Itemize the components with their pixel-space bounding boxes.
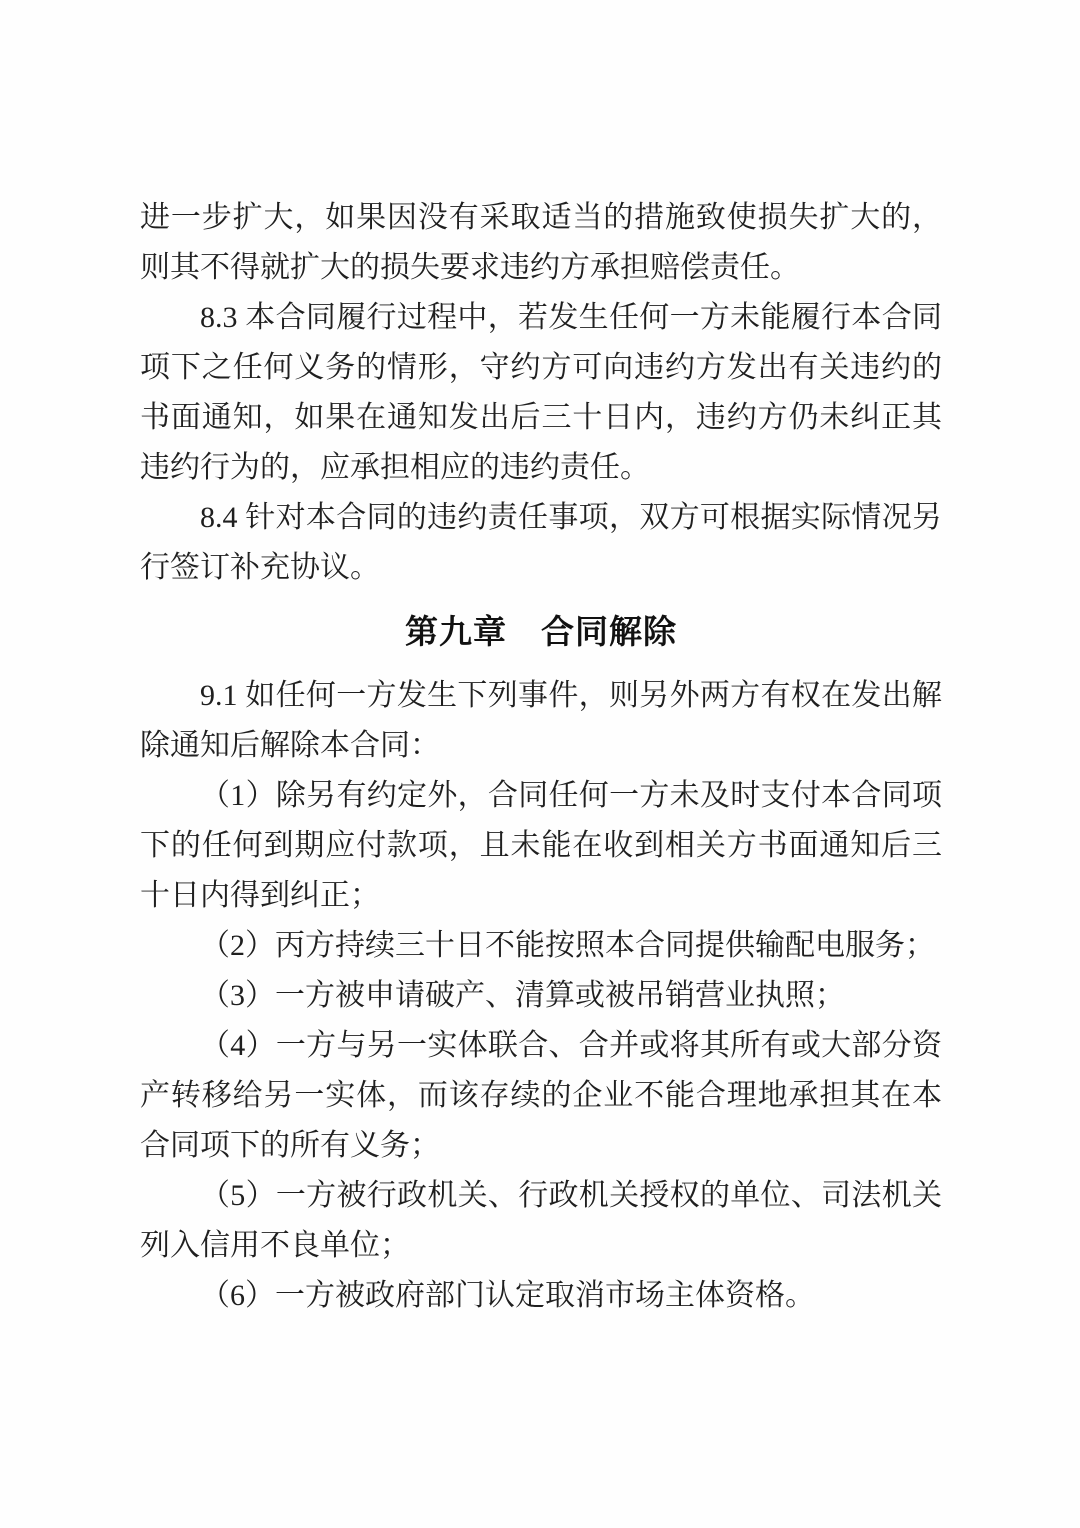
clause-paragraph: （6）一方被政府部门认定取消市场主体资格。 [140, 1271, 942, 1321]
clause-paragraph: （2）丙方持续三十日不能按照本合同提供输配电服务； [140, 921, 942, 971]
document-body: 进一步扩大，如果因没有采取适当的措施致使损失扩大的，则其不得就扩大的损失要求违约… [140, 193, 942, 1321]
clause-paragraph: 8.3 本合同履行过程中，若发生任何一方未能履行本合同项下之任何义务的情形，守约… [140, 293, 942, 493]
clause-paragraph: 8.4 针对本合同的违约责任事项，双方可根据实际情况另行签订补充协议。 [140, 493, 942, 593]
continuation-paragraph: 进一步扩大，如果因没有采取适当的措施致使损失扩大的，则其不得就扩大的损失要求违约… [140, 193, 942, 293]
chapter-heading: 第九章 合同解除 [140, 607, 942, 657]
clause-paragraph: （4）一方与另一实体联合、合并或将其所有或大部分资产转移给另一实体，而该存续的企… [140, 1021, 942, 1171]
clause-paragraph: （3）一方被申请破产、清算或被吊销营业执照； [140, 971, 942, 1021]
clause-paragraph: 9.1 如任何一方发生下列事件，则另外两方有权在发出解除通知后解除本合同： [140, 671, 942, 771]
clause-paragraph: （1）除另有约定外，合同任何一方未及时支付本合同项下的任何到期应付款项，且未能在… [140, 771, 942, 921]
clause-paragraph: （5）一方被行政机关、行政机关授权的单位、司法机关列入信用不良单位； [140, 1171, 942, 1271]
contract-page: 进一步扩大，如果因没有采取适当的措施致使损失扩大的，则其不得就扩大的损失要求违约… [0, 0, 1080, 1528]
